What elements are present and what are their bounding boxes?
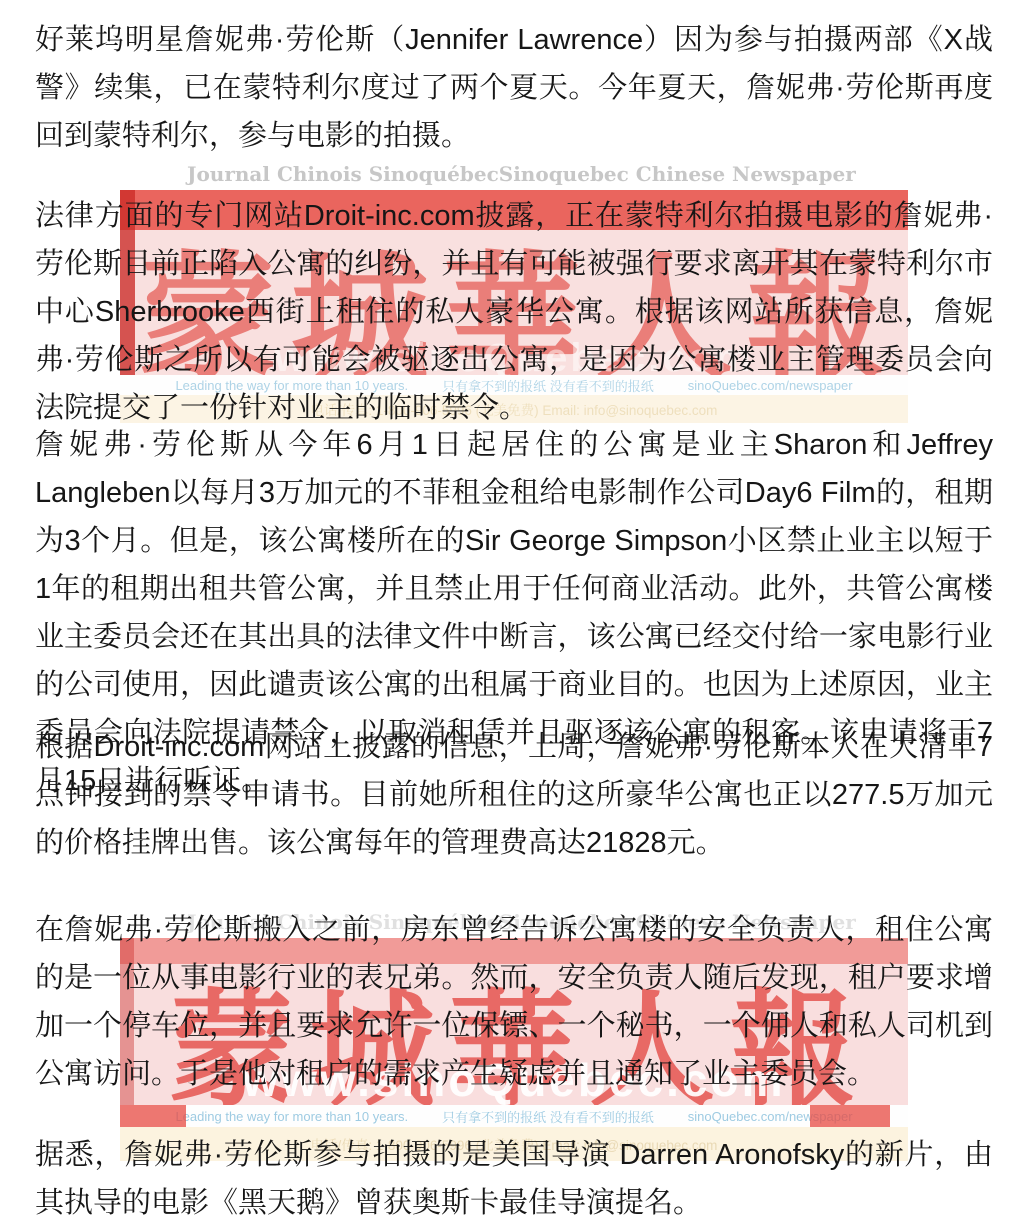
tagline-chinese: 只有拿不到的报纸 没有看不到的报纸 [442,1107,654,1126]
article-paragraph-4: 根据Droit-inc.com网站上披露的信息，上周，詹妮弗·劳伦斯本人在大清早… [35,723,993,867]
article-paragraph-1: 好莱坞明星詹妮弗·劳伦斯（Jennifer Lawrence）因为参与拍摄两部《… [35,16,993,160]
article-paragraph-2: 法律方面的专门网站Droit-inc.com披露，正在蒙特利尔拍摄电影的詹妮弗·… [35,192,993,432]
journal-chinois-label: Journal Chinois Sinoquébec [187,162,499,186]
chinese-newspaper-label: Sinoquebec Chinese Newspaper [499,162,856,186]
tagline-red-cap-left [120,1105,186,1127]
masthead-tagline-band: Leading the way for more than 10 years. … [120,1105,908,1127]
tagline-english: Leading the way for more than 10 years. [175,1109,408,1124]
tagline-red-cap-right [810,1105,890,1127]
article-paragraph-6: 据悉，詹妮弗·劳伦斯参与拍摄的是美国导演 Darren Aronofsky的新片… [35,1131,993,1227]
masthead-journal-band: Journal Chinois Sinoquébec Sinoquebec Ch… [120,158,908,190]
article-paragraph-5: 在詹妮弗·劳伦斯搬入之前，房东曾经告诉公寓楼的安全负责人，租住公寓的是一位从事电… [35,906,993,1098]
